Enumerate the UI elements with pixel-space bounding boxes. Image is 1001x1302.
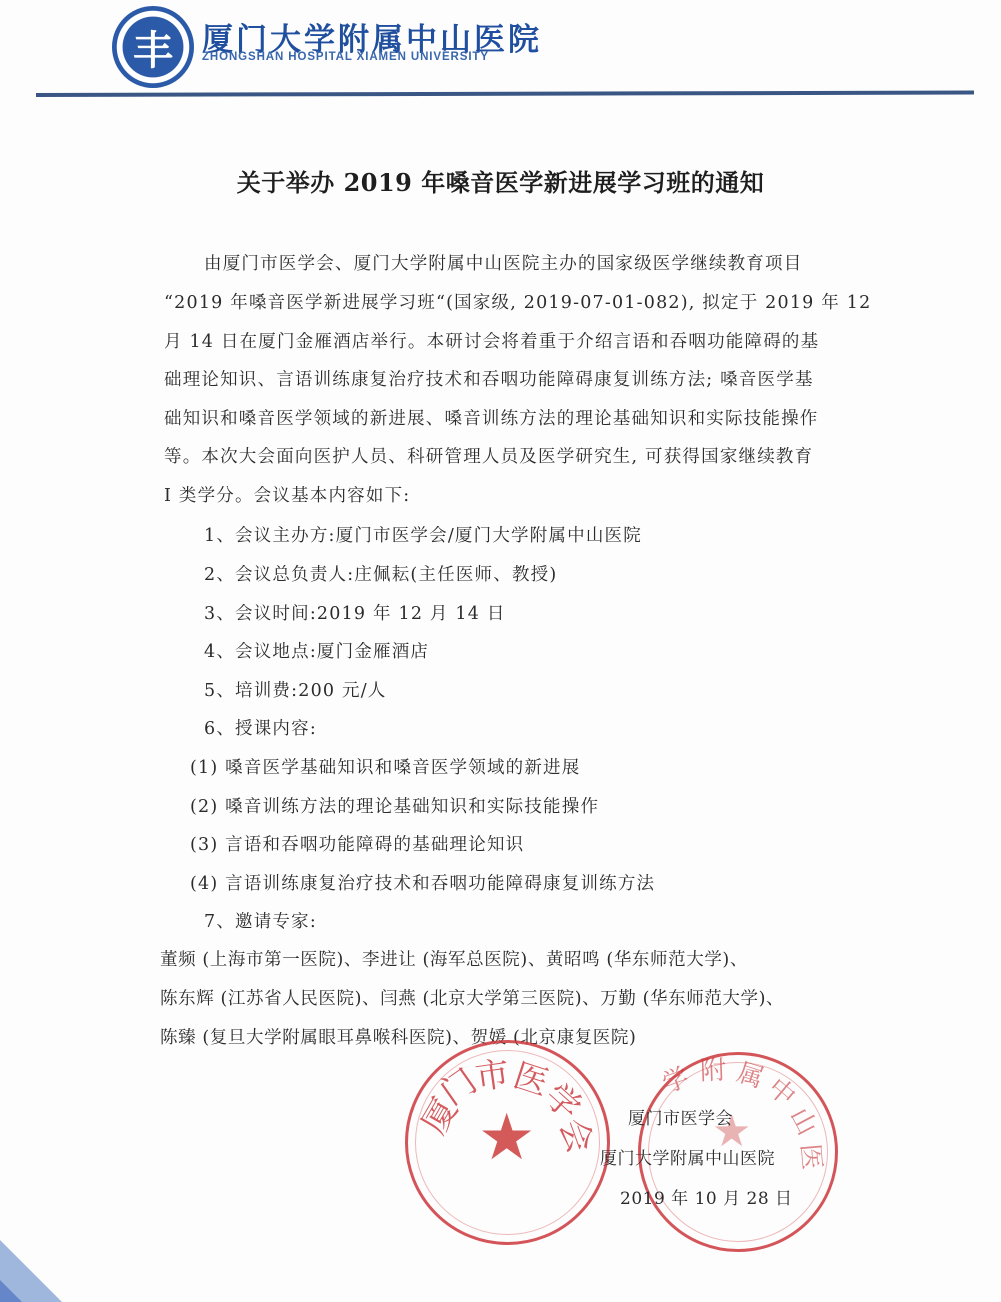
stamp-char: 市 [472,1046,512,1099]
experts-line: 陈东辉 (江苏省人民医院)、闫燕 (北京大学第三医院)、万勤 (华东师范大学)、 [160,985,784,1010]
course-item: (2) 嗓音训练方法的理论基础知识和实际技能操作 [190,793,599,818]
signature-org1: 厦门市医学会 [628,1104,733,1129]
item-time: 3、会议时间:2019 年 12 月 14 日 [204,600,506,625]
header-divider [36,91,974,97]
body-line: 础知识和嗓音医学领域的新进展、嗓音训练方法的理论基础知识和实际技能操作 [164,405,819,430]
signature-org2: 厦门大学附属中山医院 [600,1144,775,1169]
item-director: 2、会议总负责人:庄佩耘(主任医师、教授) [204,561,557,586]
course-item: (1) 嗓音医学基础知识和嗓音医学领域的新进展 [190,754,580,779]
experts-line: 董频 (上海市第一医院)、李进让 (海军总医院)、黄昭鸣 (华东师范大学)、 [160,946,748,971]
stamp-char: 医 [793,1142,832,1171]
hospital-name-en: ZHONGSHAN HOSPITAL XIAMEN UNIVERSITY [202,51,489,63]
body-line: I 类学分。会议基本内容如下: [164,482,410,507]
corner-decoration [0,1280,22,1302]
signature-date: 2019 年 10 月 28 日 [620,1184,793,1209]
item-venue: 4、会议地点:厦门金雁酒店 [204,638,429,663]
body-line: 由厦门市医学会、厦门大学附属中山医院主办的国家级医学继续教育项目 [204,250,802,275]
body-line: 月 14 日在厦门金雁酒店举行。本研讨会将着重于介绍言语和吞咽功能障碍的基 [164,328,819,353]
emblem-glyph: 丰 [112,6,194,88]
experts-line: 陈臻 (复旦大学附属眼耳鼻喉科医院)、贺媛 (北京康复医院) [160,1024,636,1049]
item-organizer: 1、会议主办方:厦门市医学会/厦门大学附属中山医院 [204,522,642,547]
body-line: 等。本次大会面向医护人员、科研管理人员及医学研究生, 可获得国家继续教育 [164,443,813,468]
course-item: (4) 言语训练康复治疗技术和吞咽功能障碍康复训练方法 [190,870,655,895]
stamp-char: 附 [699,1050,726,1088]
experts-heading: 7、邀请专家: [204,908,317,933]
document-title: 关于举办 2019 年嗓音医学新进展学习班的通知 [0,163,1001,198]
star-icon: ★ [478,1106,535,1170]
body-line: “2019 年嗓音医学新进展学习班“(国家级, 2019-07-01-082),… [164,289,871,314]
course-item: (3) 言语和吞咽功能障碍的基础理论知识 [190,831,524,856]
body-line: 础理论知识、言语训练康复治疗技术和吞咽功能障碍康复训练方法; 嗓音医学基 [164,366,814,391]
item-course-heading: 6、授课内容: [204,715,317,740]
item-fee: 5、培训费:200 元/人 [204,677,387,702]
